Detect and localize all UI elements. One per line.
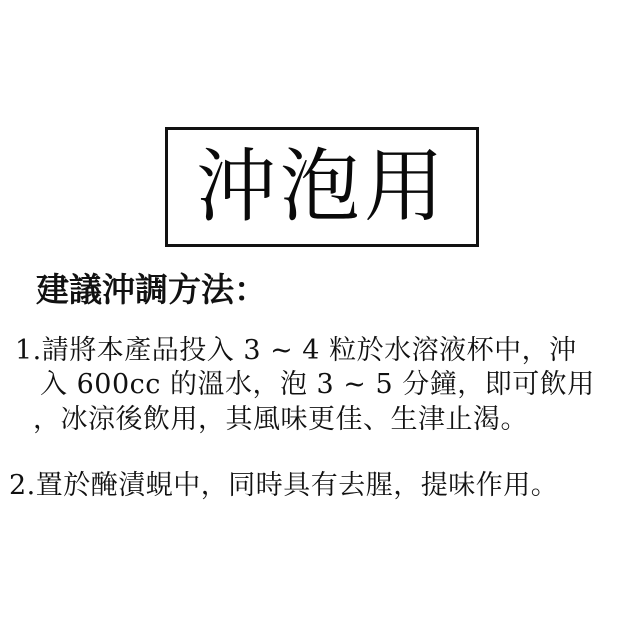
- title-box: 沖泡用: [165, 127, 479, 247]
- instruction-1-line-2: 入 600cc 的溫水，泡 3 ~ 5 分鐘，即可飲用: [40, 371, 595, 398]
- section-heading: 建議沖調方法：: [36, 273, 267, 306]
- page-title: 沖泡用: [196, 147, 448, 227]
- instruction-1-line-1: 1.請將本產品投入 3 ~ 4 粒於水溶液杯中，沖: [15, 337, 577, 364]
- instruction-2-line-1: 2.置於醃漬蜆中，同時具有去腥，提味作用。: [9, 472, 558, 499]
- instruction-1-line-3: ，冰涼後飲用，其風味更佳、生津止渴。: [33, 406, 528, 433]
